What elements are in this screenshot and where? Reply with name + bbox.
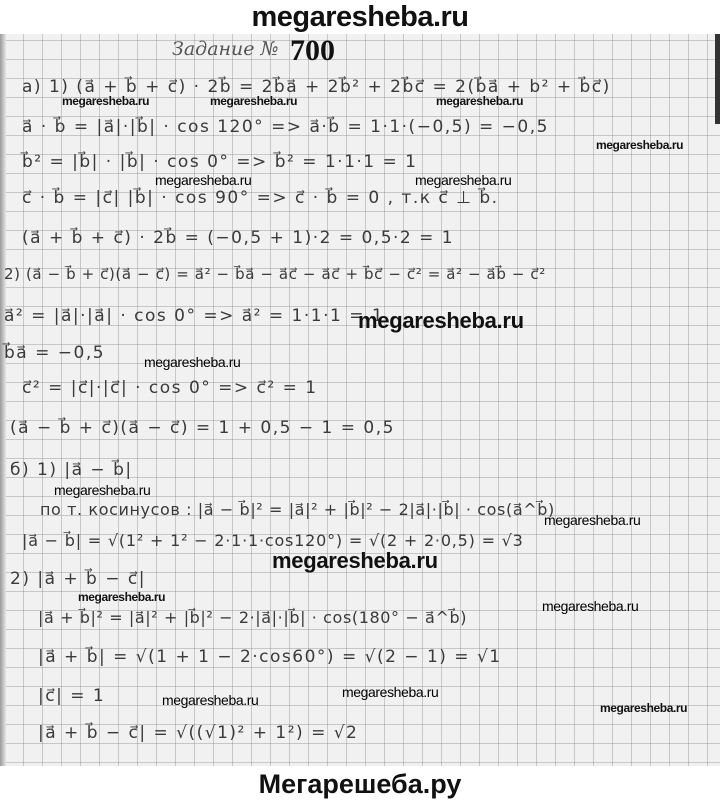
solution-line: |a⃗ + b⃗ − c⃗| = √((√1)² + 1²) = √2 [38,723,358,743]
watermark: megaresheba.ru [358,308,524,334]
solution-line: б) 1) |a⃗ − b⃗| [10,460,133,480]
task-label: Задание № [172,38,279,60]
watermark: megaresheba.ru [542,598,638,614]
solution-line: a⃗ · b⃗ = |a⃗|·|b⃗| · cos 120° => a⃗·b⃗ … [22,117,549,137]
solution-line: 2) (a⃗ − b⃗ + c⃗)(a⃗ − c⃗) = a⃗² − b⃗a⃗ … [4,265,546,283]
watermark: megaresheba.ru [272,548,438,574]
watermark: megaresheba.ru [162,692,258,708]
watermark: megaresheba.ru [210,94,297,108]
watermark: megaresheba.ru [62,94,149,108]
watermark: megaresheba.ru [155,172,251,188]
watermark: megaresheba.ru [596,138,683,152]
notebook-page: Задание № 700 а) 1) (a⃗ + b⃗ + c⃗) · 2b⃗… [0,34,720,766]
watermark: megaresheba.ru [342,684,438,700]
solution-line: b⃗² = |b⃗| · |b⃗| · cos 0° => b⃗² = 1·1·… [22,152,417,172]
solution-line: (a⃗ − b⃗ + c⃗)(a⃗ − c⃗) = 1 + 0,5 − 1 = … [10,418,395,438]
solution-line: |c⃗| = 1 [38,686,105,706]
solution-line: c⃗² = |c⃗|·|c⃗| · cos 0° => c⃗² = 1 [22,378,318,398]
solution-line: (a⃗ + b⃗ + c⃗) · 2b⃗ = (−0,5 + 1)·2 = 0,… [22,228,454,248]
solution-line: a⃗² = |a⃗|·|a⃗| · cos 0° => a⃗² = 1·1·1 … [4,306,391,326]
site-header-watermark: megaresheba.ru [0,0,720,34]
watermark: megaresheba.ru [436,94,523,108]
watermark: megaresheba.ru [544,512,640,528]
watermark: megaresheba.ru [415,172,511,188]
site-footer-watermark: Мегарешеба.ру [0,766,720,802]
watermark: megaresheba.ru [54,482,150,498]
task-number: 700 [290,34,335,68]
solution-line: b⃗a⃗ = −0,5 [4,343,105,363]
watermark: megaresheba.ru [600,701,687,715]
solution-line: по т. косинусов : |a⃗ − b⃗|² = |a⃗|² + |… [40,500,555,519]
solution-line: |a⃗ + b⃗| = √(1 + 1 − 2·cos60°) = √(2 − … [38,647,502,667]
watermark: megaresheba.ru [144,354,240,370]
watermark: megaresheba.ru [78,590,165,604]
solution-line: 2) |a⃗ + b⃗ − c⃗| [10,569,146,589]
solution-line: |a⃗ + b⃗|² = |a⃗|² + |b⃗|² − 2·|a⃗|·|b⃗|… [38,608,467,627]
solution-line: c⃗ · b⃗ = |c⃗| |b⃗| · cos 90° => c⃗ · b⃗… [22,188,499,208]
